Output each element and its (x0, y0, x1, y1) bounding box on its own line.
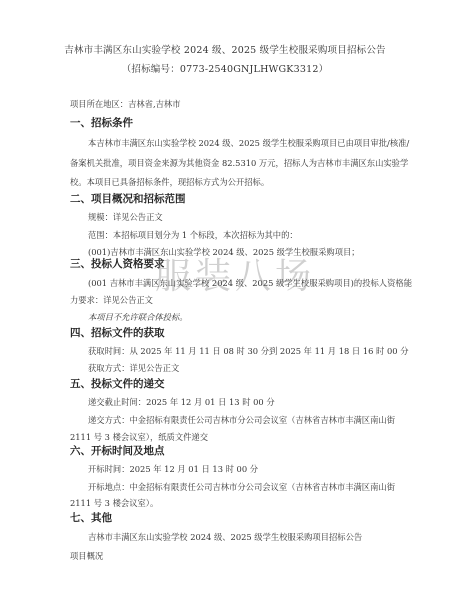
section-heading-6: 六、开标时间及地点 (70, 443, 165, 458)
section-3-line: 力要求：详见公告正文 (70, 294, 153, 306)
section-5-line: 2111 号 3 楼会议室），纸质文件递交 (70, 431, 208, 443)
section-3-line: 本项目不允许联合体投标。 (88, 311, 188, 323)
section-6-line: 开标地点：中金招标有限责任公司吉林市分公司会议室（吉林省吉林市丰满区南山街 (88, 481, 395, 493)
section-1-line: 备案机关批准，项目资金来源为其他资金 82.5310 万元，招标人为吉林市丰满区… (70, 157, 408, 169)
section-1-line: 本吉林市丰满区东山实验学校 2024 级、2025 级学生校服采购项目已由项目审… (88, 137, 409, 149)
project-location: 项目所在地区：吉林省,吉林市 (70, 98, 181, 110)
section-heading-3: 三、投标人资格要求 (70, 256, 165, 271)
section-6-line: 2111 号 3 楼会议室）。 (70, 497, 158, 509)
section-heading-1: 一、招标条件 (70, 115, 133, 130)
document-page: 吉林市丰满区东山实验学校 2024 级、2025 级学生校服采购项目招标公告 （… (0, 0, 450, 600)
section-5-line: 递交方式：中金招标有限责任公司吉林市分公司会议室（吉林省吉林市丰满区南山街 (88, 414, 395, 426)
document-title: 吉林市丰满区东山实验学校 2024 级、2025 级学生校服采购项目招标公告 (0, 42, 450, 56)
section-heading-4: 四、招标文件的获取 (70, 325, 165, 340)
tender-code: （招标编号：0773-2540GNJLHWGK3312） (0, 61, 450, 75)
watermark-text: 服装八场 (155, 248, 315, 299)
section-heading-7: 七、其他 (70, 510, 112, 525)
section-2-line: 范围：本招标项目划分为 1 个标段，本次招标为其中的： (88, 229, 298, 241)
section-7-line: 项目概况 (70, 550, 103, 562)
section-6-line: 开标时间：2025 年 12 月 01 日 13 时 00 分 (88, 463, 258, 475)
section-4-line: 获取方式：详见公告正文 (88, 362, 179, 374)
section-2-line: 规模：详见公告正文 (88, 211, 163, 223)
section-4-line: 获取时间：从 2025 年 11 月 11 日 08 时 30 分到 2025 … (88, 345, 409, 357)
section-5-line: 递交截止时间：2025 年 12 月 01 日 13 时 00 分 (88, 396, 275, 408)
section-7-line: 吉林市丰满区东山实验学校 2024 级、2025 级学生校服采购项目招标公告 (88, 531, 362, 543)
section-heading-5: 五、投标文件的递交 (70, 376, 165, 391)
section-1-line: 校。本项目已具备招标条件，现招标方式为公开招标。 (70, 176, 269, 188)
section-heading-2: 二、项目概况和招标范围 (70, 191, 186, 206)
